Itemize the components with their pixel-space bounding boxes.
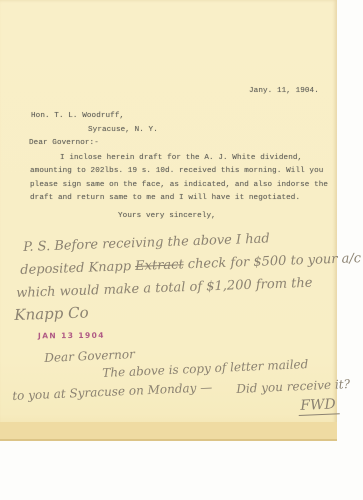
ps-line-2-pre: deposited Knapp [20,259,135,278]
body-line-1: I inclose herein draft for the A. J. Whi… [60,153,302,163]
recipient-city: Syracuse, N. Y. [88,125,158,135]
note-line-2: to you at Syracuse on Monday — [12,380,212,403]
recipient-name: Hon. T. L. Woodruff, [31,111,124,121]
note-question: Did you receive it? [236,377,350,396]
note-salutation: Dear Governor [44,347,135,365]
body-line-3: please sign same on the face, as indicat… [30,180,328,190]
note-initials: FWD [298,396,340,414]
ps-line-2-post: check for $500 to your a/c [183,251,361,272]
scanned-letter-background: Jany. 11, 1904. Hon. T. L. Woodruff, Syr… [0,0,363,500]
letter-closing: Yours very sincerely, [118,211,216,221]
ps-line-1: P. S. Before receiving the above I had [23,231,270,255]
body-line-2: amounting to 202lbs. 19 s. 10d. received… [30,166,323,176]
received-date-stamp: JAN 13 1904 [38,331,105,341]
ps-line-2: deposited Knapp Extract check for $500 t… [20,251,361,278]
paper-bottom-edge [0,422,337,441]
letter-salutation: Dear Governor:- [29,138,99,148]
sender-initials: FWD [298,396,340,416]
letter-paper: Jany. 11, 1904. Hon. T. L. Woodruff, Syr… [0,0,337,441]
ps-line-3: which would make a total of $1,200 from … [16,276,313,301]
letter-date: Jany. 11, 1904. [249,86,319,96]
ps-struck-word: Extract [135,257,184,274]
body-line-4: draft and return same to me and I will h… [30,193,300,203]
ps-line-4: Knapp Co [14,303,89,324]
